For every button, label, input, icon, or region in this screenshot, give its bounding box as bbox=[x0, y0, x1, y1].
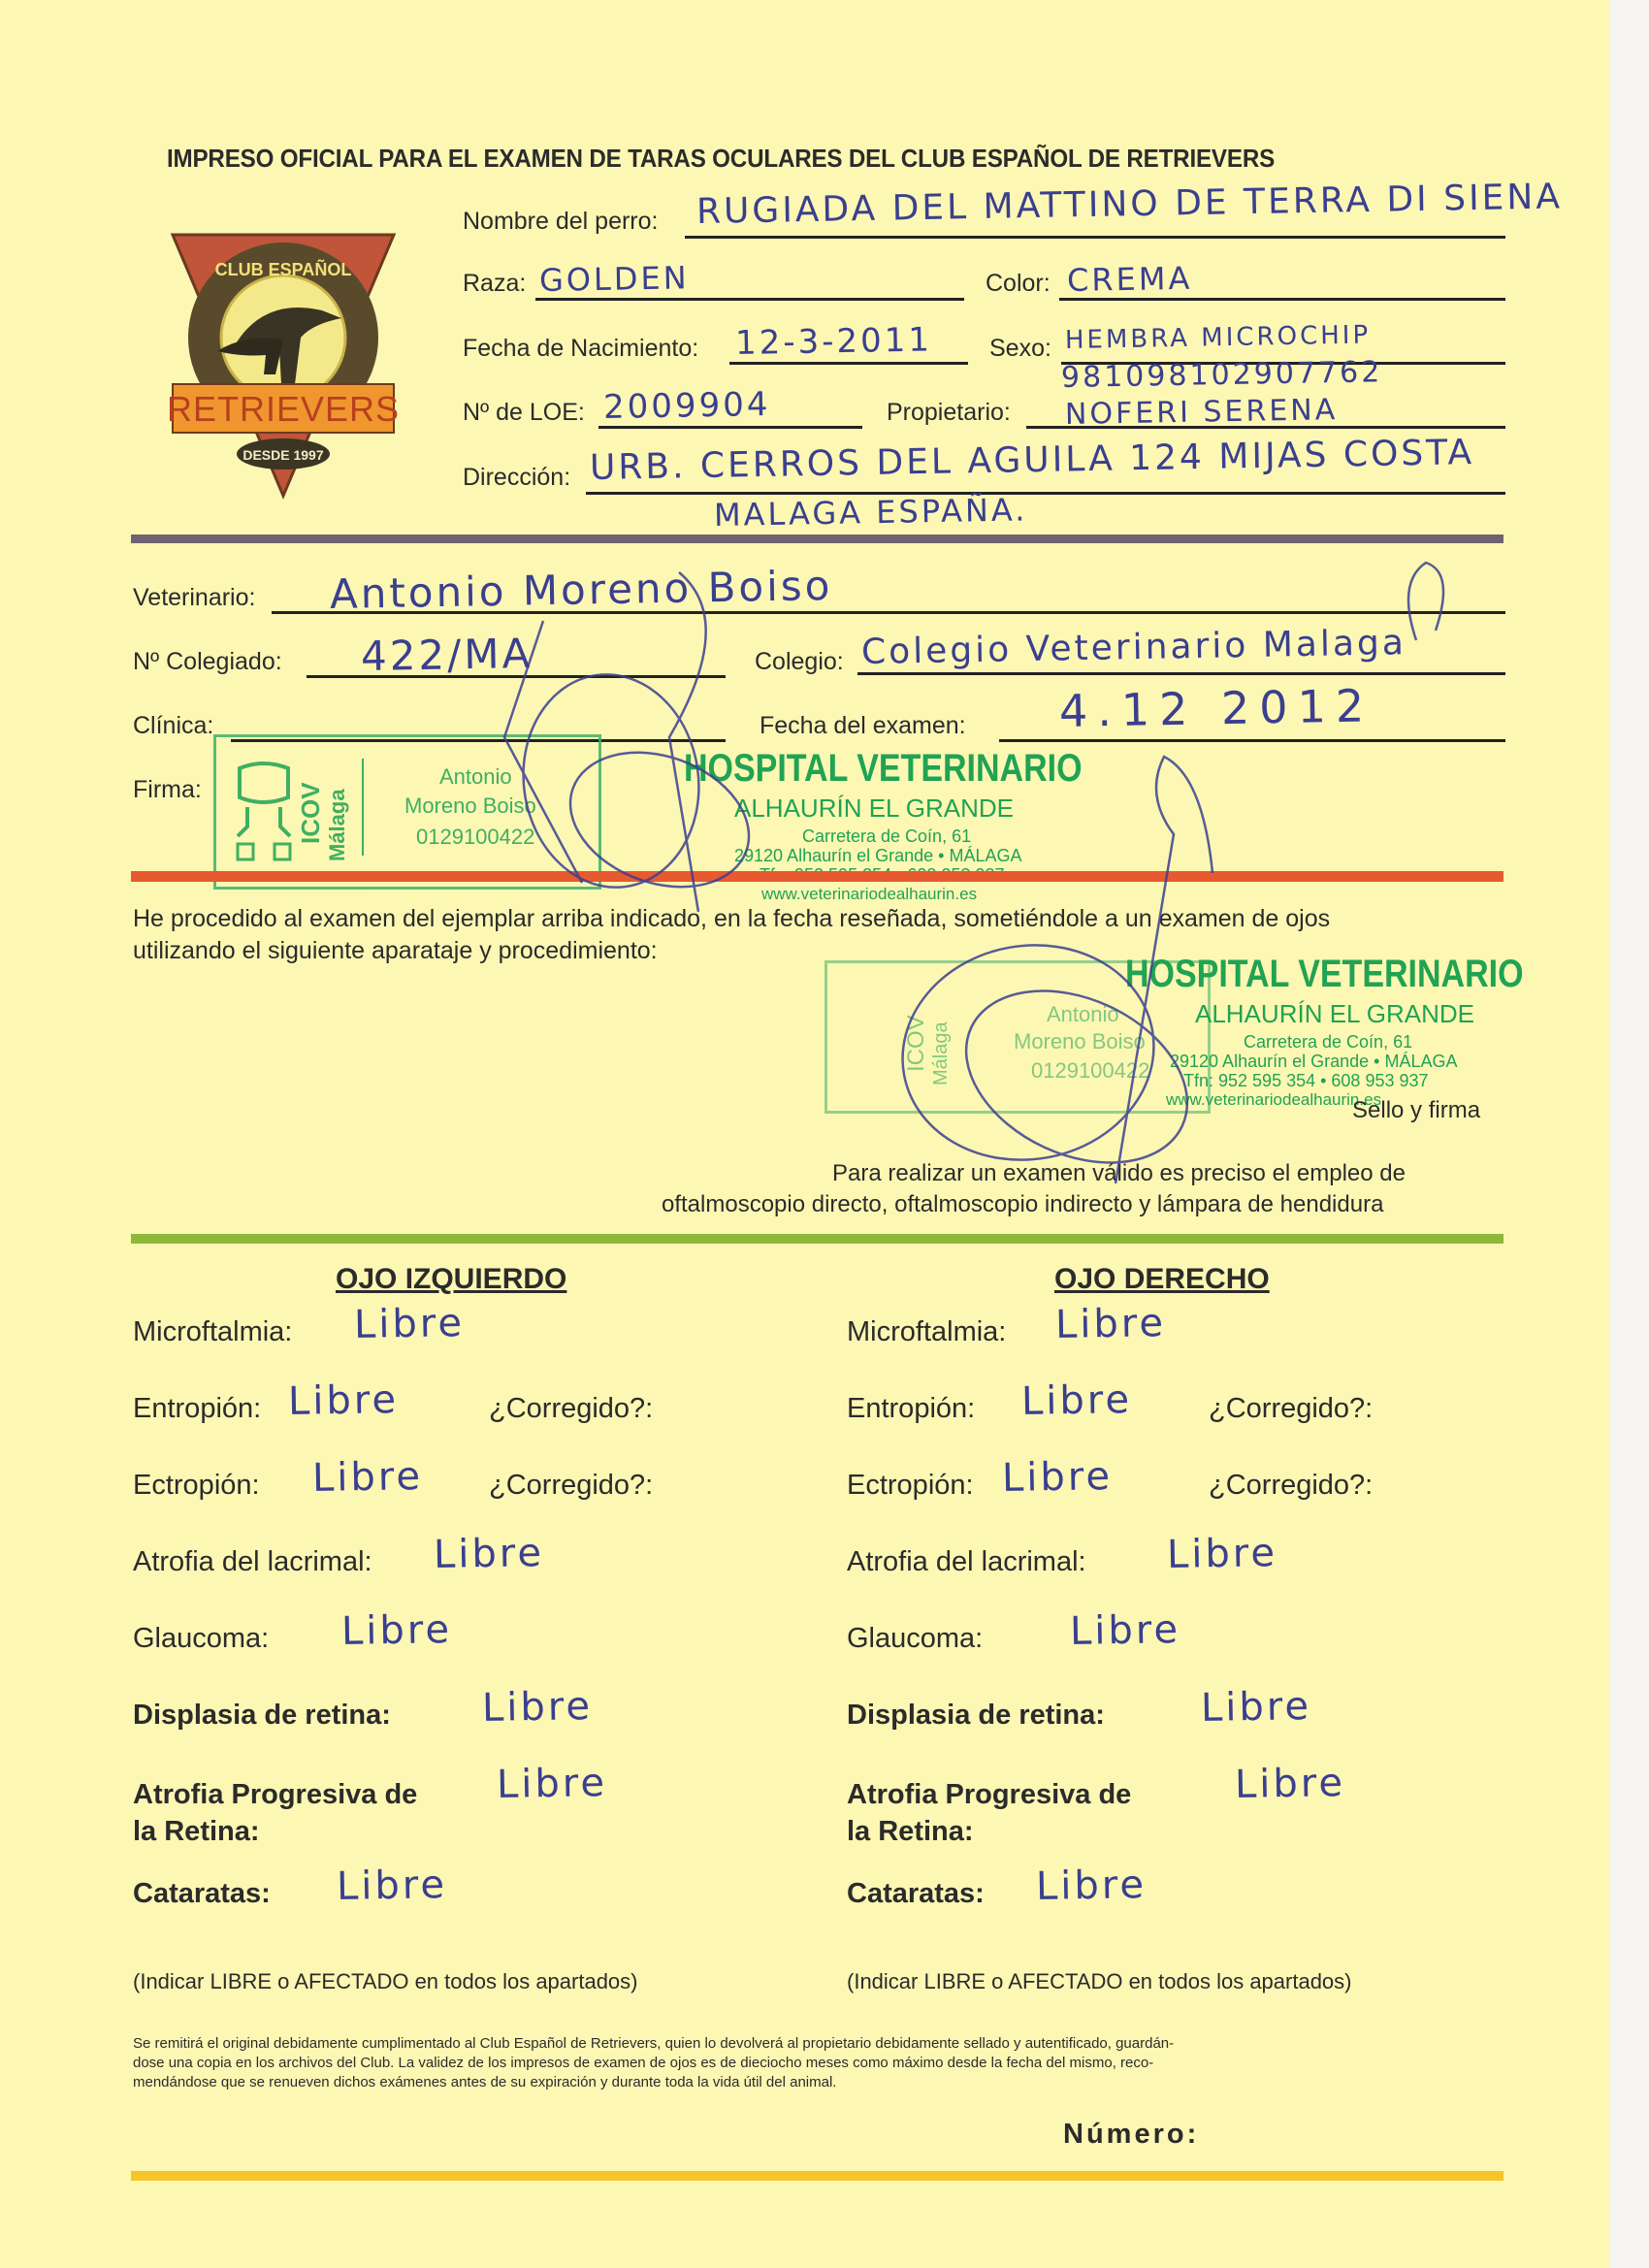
clinic-label: Clínica: bbox=[133, 712, 213, 740]
right-eye-row-label: Cataratas: bbox=[847, 1878, 985, 1910]
left-eye-heading: OJO IZQUIERDO bbox=[336, 1263, 566, 1296]
birth-date-label: Fecha de Nacimiento: bbox=[463, 335, 698, 363]
club-espanol-retrievers-logo-icon: CLUB ESPAÑOL RETRIEVERS DESDE 1997 bbox=[167, 229, 400, 501]
vet-field[interactable]: Antonio Moreno Boiso bbox=[330, 562, 833, 618]
sex-label: Sexo: bbox=[989, 335, 1051, 363]
right-eye-row-label: Entropión: bbox=[847, 1393, 975, 1425]
left-eye-row-label: Entropión: bbox=[133, 1393, 261, 1425]
left-eye-result-field[interactable]: Libre bbox=[354, 1301, 466, 1347]
left-eye-corrected-label: ¿Corregido?: bbox=[489, 1393, 653, 1425]
loe-label: Nº de LOE: bbox=[463, 399, 585, 427]
left-eye-result-field[interactable]: Libre bbox=[337, 1863, 448, 1909]
left-eye-result-field[interactable]: Libre bbox=[341, 1607, 453, 1654]
left-eye-row-label: Atrofia Progresiva dela Retina: bbox=[133, 1776, 417, 1850]
exam-date-field[interactable]: 4.12 2012 bbox=[1059, 679, 1374, 737]
owner-label: Propietario: bbox=[887, 399, 1011, 427]
section-divider-orange bbox=[131, 871, 1503, 882]
left-eye-corrected-label: ¿Corregido?: bbox=[489, 1470, 653, 1502]
section-divider-purple bbox=[131, 535, 1503, 543]
statement-line1: He procedido al examen del ejemplar arri… bbox=[133, 905, 1330, 933]
left-eye-row-label: Cataratas: bbox=[133, 1878, 271, 1910]
color-field[interactable]: CREMA bbox=[1067, 260, 1193, 299]
left-eye-row-label: Atrofia del lacrimal: bbox=[133, 1546, 372, 1578]
right-eye-heading: OJO DERECHO bbox=[1054, 1263, 1270, 1296]
colegiado-label: Nº Colegiado: bbox=[133, 648, 282, 676]
birth-date-field[interactable]: 12-3-2011 bbox=[735, 320, 933, 363]
number-label: Número: bbox=[1063, 2119, 1199, 2151]
left-eye-result-field[interactable]: Libre bbox=[434, 1531, 545, 1577]
icov-emblem-icon bbox=[230, 759, 298, 865]
seal-and-signature-label: Sello y firma bbox=[1352, 1097, 1480, 1124]
form-title: IMPRESO OFICIAL PARA EL EXAMEN DE TARAS … bbox=[167, 144, 1275, 174]
right-eye-row-label: Atrofia Progresiva dela Retina: bbox=[847, 1776, 1131, 1850]
loe-field[interactable]: 2009904 bbox=[603, 385, 771, 427]
color-label: Color: bbox=[986, 270, 1051, 298]
right-eye-row-label: Microftalmia: bbox=[847, 1316, 1006, 1348]
colegio-label: Colegio: bbox=[755, 648, 844, 676]
right-eye-row-label: Ectropión: bbox=[847, 1470, 974, 1502]
left-eye-result-field[interactable]: Libre bbox=[288, 1377, 400, 1424]
signature-label: Firma: bbox=[133, 776, 202, 804]
valid-exam-note-line2: oftalmoscopio directo, oftalmoscopio ind… bbox=[662, 1191, 1383, 1218]
breed-label: Raza: bbox=[463, 270, 526, 298]
section-divider-green bbox=[131, 1234, 1503, 1244]
colegiado-field[interactable]: 422/MA bbox=[361, 630, 533, 680]
breed-field[interactable]: GOLDEN bbox=[539, 259, 690, 299]
right-eye-row-label: Glaucoma: bbox=[847, 1623, 983, 1655]
statement-line2: utilizando el siguiente aparataje y proc… bbox=[133, 937, 658, 965]
section-divider-yellow bbox=[131, 2171, 1503, 2181]
sex-field[interactable]: HEMBRA MICROCHIP bbox=[1065, 321, 1372, 355]
owner-field[interactable]: NOFERI SERENA bbox=[1065, 393, 1339, 432]
right-eye-row-label: Atrofia del lacrimal: bbox=[847, 1546, 1086, 1578]
address-label: Dirección: bbox=[463, 464, 570, 492]
left-eye-row-label: Glaucoma: bbox=[133, 1623, 269, 1655]
right-eye-result-field[interactable]: Libre bbox=[1070, 1607, 1181, 1654]
left-eye-row-label: Displasia de retina: bbox=[133, 1700, 391, 1732]
right-eye-corrected-label: ¿Corregido?: bbox=[1209, 1393, 1373, 1425]
left-eye-row-label: Ectropión: bbox=[133, 1470, 260, 1502]
left-eye-note: (Indicar LIBRE o AFECTADO en todos los a… bbox=[133, 1969, 638, 1994]
footer-legal-text: Se remitirá el original debidamente cump… bbox=[133, 2034, 1510, 2092]
left-eye-result-field[interactable]: Libre bbox=[482, 1684, 594, 1731]
valid-exam-note-line1: Para realizar un examen válido es precis… bbox=[832, 1160, 1406, 1187]
svg-text:CLUB ESPAÑOL: CLUB ESPAÑOL bbox=[215, 259, 352, 279]
left-eye-row-label: Microftalmia: bbox=[133, 1316, 292, 1348]
icov-stamp: ICOV Málaga Antonio Moreno Boiso 0129100… bbox=[213, 734, 601, 890]
club-logo: CLUB ESPAÑOL RETRIEVERS DESDE 1997 bbox=[167, 229, 400, 501]
right-eye-result-field[interactable]: Libre bbox=[1002, 1454, 1114, 1501]
right-eye-result-field[interactable]: Libre bbox=[1021, 1377, 1133, 1424]
right-eye-result-field[interactable]: Libre bbox=[1055, 1301, 1167, 1347]
right-eye-result-field[interactable]: Libre bbox=[1235, 1761, 1346, 1807]
exam-date-label: Fecha del examen: bbox=[760, 712, 966, 740]
svg-text:RETRIEVERS: RETRIEVERS bbox=[167, 389, 400, 429]
right-eye-corrected-label: ¿Corregido?: bbox=[1209, 1470, 1373, 1502]
vet-label: Veterinario: bbox=[133, 584, 255, 612]
left-eye-result-field[interactable]: Libre bbox=[497, 1761, 608, 1807]
right-eye-result-field[interactable]: Libre bbox=[1201, 1684, 1312, 1731]
right-eye-note: (Indicar LIBRE o AFECTADO en todos los a… bbox=[847, 1969, 1352, 1994]
address-field-line2[interactable]: MALAGA ESPAÑA. bbox=[714, 491, 1028, 534]
right-eye-result-field[interactable]: Libre bbox=[1167, 1531, 1278, 1577]
left-eye-result-field[interactable]: Libre bbox=[312, 1454, 424, 1501]
svg-text:DESDE 1997: DESDE 1997 bbox=[242, 447, 323, 463]
right-eye-row-label: Displasia de retina: bbox=[847, 1700, 1105, 1732]
microchip-field[interactable]: 981098102907762 bbox=[1061, 355, 1383, 395]
dog-name-label: Nombre del perro: bbox=[463, 208, 658, 236]
right-eye-result-field[interactable]: Libre bbox=[1036, 1863, 1148, 1909]
